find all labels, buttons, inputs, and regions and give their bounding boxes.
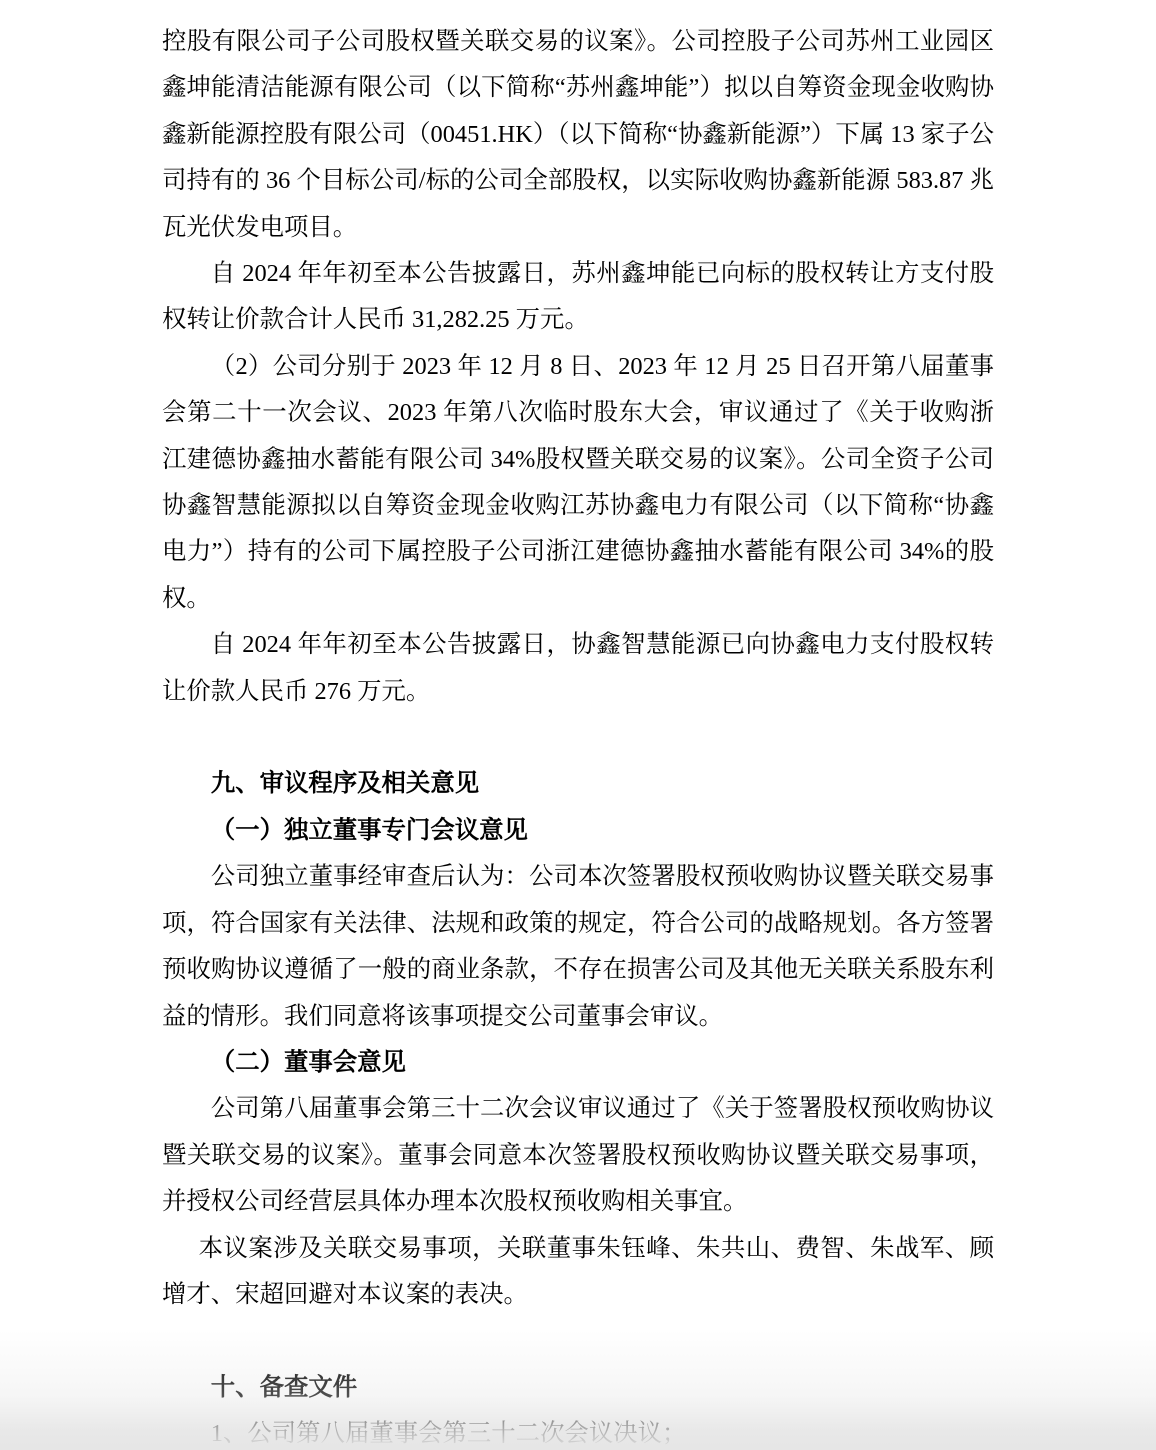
paragraph: 1、公司第八届董事会第三十二次会议决议； bbox=[162, 1411, 994, 1450]
paragraph: 自 2024 年年初至本公告披露日，苏州鑫坤能已向标的股权转让方支付股权转让价款… bbox=[162, 251, 994, 344]
paragraph: （2）公司分别于 2023 年 12 月 8 日、2023 年 12 月 25 … bbox=[162, 344, 994, 622]
section-heading: （二）董事会意见 bbox=[162, 1040, 994, 1086]
document-body: 控股有限公司子公司股权暨关联交易的议案》。公司控股子公司苏州工业园区鑫坤能清洁能… bbox=[162, 19, 994, 1450]
paragraph: 本议案涉及关联交易事项，关联董事朱钰峰、朱共山、费智、朱战军、顾增才、宋超回避对… bbox=[162, 1226, 994, 1319]
section-heading: （一）独立董事专门会议意见 bbox=[162, 808, 994, 854]
paragraph: 公司独立董事经审查后认为：公司本次签署股权预收购协议暨关联交易事项，符合国家有关… bbox=[162, 854, 994, 1040]
paragraph: 控股有限公司子公司股权暨关联交易的议案》。公司控股子公司苏州工业园区鑫坤能清洁能… bbox=[162, 19, 994, 251]
paragraph: 公司第八届董事会第三十二次会议审议通过了《关于签署股权预收购协议暨关联交易的议案… bbox=[162, 1086, 994, 1225]
paragraph: 自 2024 年年初至本公告披露日，协鑫智慧能源已向协鑫电力支付股权转让价款人民… bbox=[162, 622, 994, 715]
section-heading: 九、审议程序及相关意见 bbox=[162, 761, 994, 807]
document-page: 控股有限公司子公司股权暨关联交易的议案》。公司控股子公司苏州工业园区鑫坤能清洁能… bbox=[0, 0, 1156, 1450]
section-heading: 十、备查文件 bbox=[162, 1365, 994, 1411]
